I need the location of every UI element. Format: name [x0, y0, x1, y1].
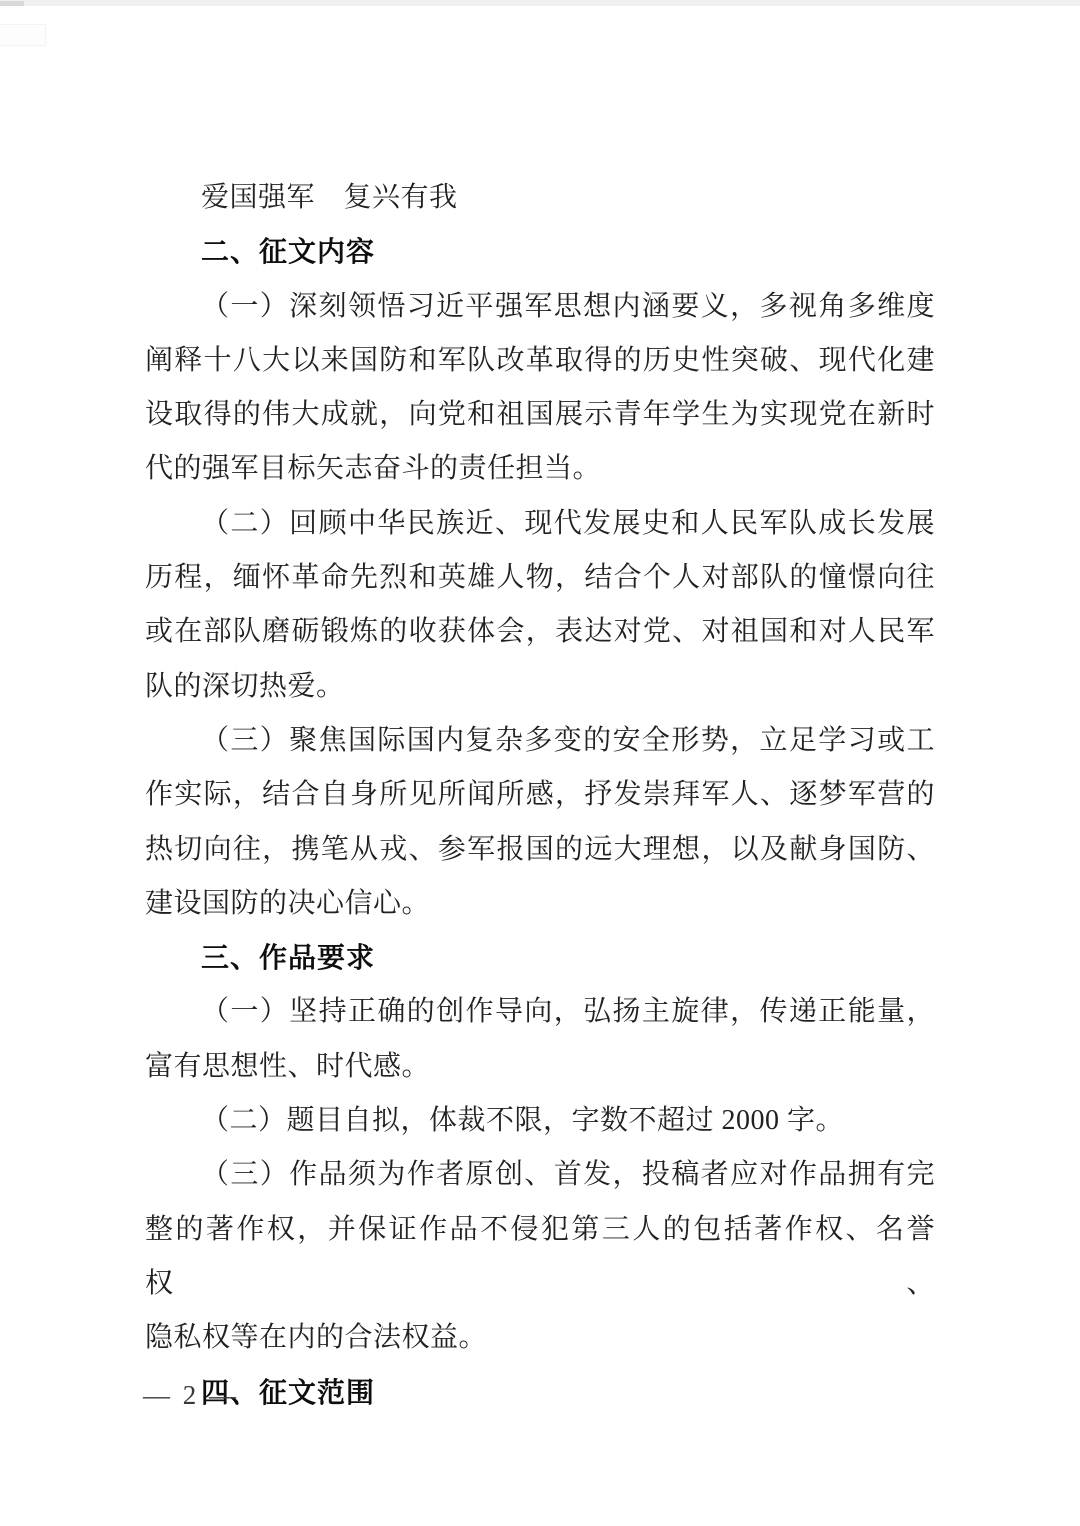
text-line: 整的著作权，并保证作品不侵犯第三人的包括著作权、名誉权、 [145, 1203, 935, 1312]
paragraph: （二）题目自拟，体裁不限，字数不超过 2000 字。 [145, 1094, 935, 1148]
text-line: 队的深切热爱。 [145, 660, 935, 714]
heading-line: 三、作品要求 [145, 931, 935, 985]
text-line: 或在部队磨砺锻炼的收获体会，表达对党、对祖国和对人民军 [145, 605, 935, 659]
text-line: （三）聚焦国际国内复杂多变的安全形势，立足学习或工 [145, 714, 935, 768]
text-line: （三）作品须为作者原创、首发，投稿者应对作品拥有完 [145, 1148, 935, 1202]
paragraph: （三）作品须为作者原创、首发，投稿者应对作品拥有完整的著作权，并保证作品不侵犯第… [145, 1148, 935, 1365]
section-heading: 四、征文范围 [145, 1366, 935, 1420]
heading-line: 二、征文内容 [145, 225, 935, 279]
text-line: 隐私权等在内的合法权益。 [145, 1311, 935, 1365]
text-line: （二）回顾中华民族近、现代发展史和人民军队成长发展 [145, 497, 935, 551]
section-heading: 二、征文内容 [145, 225, 935, 279]
carryover-text: 爱国强军 复兴有我 [145, 171, 935, 225]
text-line: （一）深刻领悟习近平强军思想内涵要义，多视角多维度 [145, 280, 935, 334]
page-number: — 2 — [143, 1379, 239, 1411]
text-line: 设取得的伟大成就，向党和祖国展示青年学生为实现党在新时 [145, 388, 935, 442]
paragraph: （三）聚焦国际国内复杂多变的安全形势，立足学习或工作实际，结合自身所见所闻所感，… [145, 714, 935, 931]
text-line: 历程，缅怀革命先烈和英雄人物，结合个人对部队的憧憬向往 [145, 551, 935, 605]
text-line: 建设国防的决心信心。 [145, 877, 935, 931]
text-line: （二）题目自拟，体裁不限，字数不超过 2000 字。 [145, 1094, 935, 1148]
heading-line: 四、征文范围 [145, 1366, 935, 1420]
scan-corner-artifact [0, 24, 46, 46]
paragraph: （一）坚持正确的创作导向，弘扬主旋律，传递正能量，富有思想性、时代感。 [145, 985, 935, 1094]
paragraph: （一）深刻领悟习近平强军思想内涵要义，多视角多维度阐释十八大以来国防和军队改革取… [145, 280, 935, 497]
page-top-divider-left-segment [0, 1, 24, 6]
page-top-divider [0, 0, 1080, 6]
text-line: 作实际，结合自身所见所闻所感，抒发崇拜军人、逐梦军营的 [145, 768, 935, 822]
text-line: 富有思想性、时代感。 [145, 1040, 935, 1094]
text-line: 爱国强军 复兴有我 [145, 171, 935, 225]
text-line: 阐释十八大以来国防和军队改革取得的历史性突破、现代化建 [145, 334, 935, 388]
text-line: （一）坚持正确的创作导向，弘扬主旋律，传递正能量， [145, 985, 935, 1039]
document-body: 爱国强军 复兴有我二、征文内容（一）深刻领悟习近平强军思想内涵要义，多视角多维度… [145, 171, 935, 1420]
text-line: 热切向往，携笔从戎、参军报国的远大理想，以及献身国防、 [145, 823, 935, 877]
text-line: 代的强军目标矢志奋斗的责任担当。 [145, 442, 935, 496]
section-heading: 三、作品要求 [145, 931, 935, 985]
paragraph: （二）回顾中华民族近、现代发展史和人民军队成长发展历程，缅怀革命先烈和英雄人物，… [145, 497, 935, 714]
